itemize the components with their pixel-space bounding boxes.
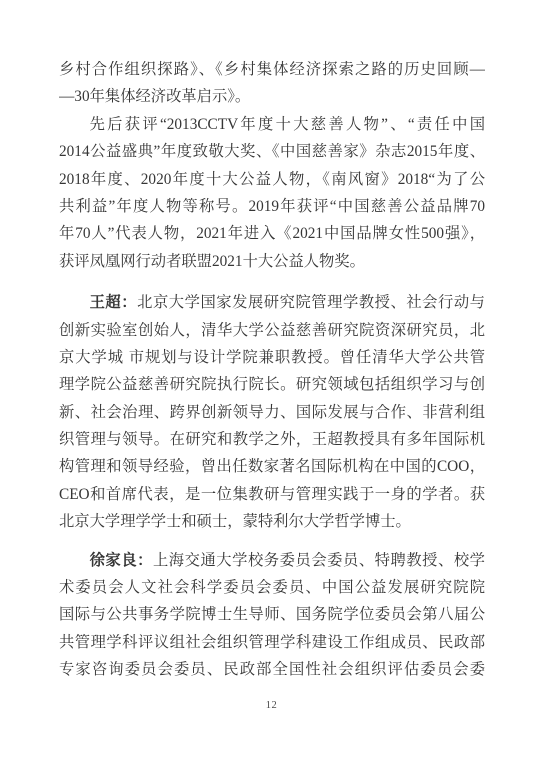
text-line: 共管理学科评议组社会组织管理学科建设工作组成员、民政部 (59, 629, 485, 656)
text-line: 2018年度、2020年度十大公益人物，《南风窗》2018“为了公 (59, 166, 485, 193)
text-line: 国际与公共事务学院博士生导师、国务院学位委员会第八届公 (59, 601, 485, 628)
text-line: 京大学城 市规划与设计学院兼职教授。曾任清华大学公共管 (59, 344, 485, 371)
text-line: 乡村合作组织探路》、《乡村集体经济探索之路的历史回顾— (59, 56, 485, 83)
person-name: 徐家良： (90, 552, 153, 569)
person-name: 王超： (90, 294, 138, 311)
text-line: 构管理和领导经验，曾出任数家著名国际机构在中国的COO， (59, 453, 485, 480)
text-line: 专家咨询委员会委员、民政部全国性社会组织评估委员会委员、 (59, 656, 485, 683)
text-line: 先后获评“2013CCTV年度十大慈善人物”、“责任中国 (59, 111, 485, 138)
document-page: 乡村合作组织探路》、《乡村集体经济探索之路的历史回顾— —30年集体经济改革启示… (0, 0, 543, 768)
paragraph: 先后获评“2013CCTV年度十大慈善人物”、“责任中国 2014公益盛典”年度… (59, 111, 485, 275)
paragraph: 乡村合作组织探路》、《乡村集体经济探索之路的历史回顾— —30年集体经济改革启示… (59, 56, 485, 111)
text-line: 新、社会治理、跨界创新领导力、国际发展与合作、非营利组 (59, 399, 485, 426)
text-run: 上海交通大学校务委员会委员、特聘教授、校学 (153, 552, 485, 569)
text-block: 乡村合作组织探路》、《乡村集体经济探索之路的历史回顾— —30年集体经济改革启示… (59, 56, 485, 684)
paragraph: 王超：北京大学国家发展研究院管理学教授、社会行动与 创新实验室创始人，清华大学公… (59, 289, 485, 536)
text-run: 北京大学国家发展研究院管理学教授、社会行动与 (137, 294, 485, 311)
text-line: 徐家良：上海交通大学校务委员会委员、特聘教授、校学 (59, 547, 485, 574)
page-number: 12 (0, 700, 543, 711)
text-line: 2014公益盛典”年度致敬大奖、《中国慈善家》杂志2015年度、 (59, 138, 485, 165)
text-line: 年70人”代表人物，2021年进入《2021中国品牌女性500强》， (59, 220, 485, 247)
text-line: 理学院公益慈善研究院执行院长。研究领域包括组织学习与创 (59, 371, 485, 398)
text-line: 创新实验室创始人，清华大学公益慈善研究院资深研究员，北 (59, 317, 485, 344)
text-line: 织管理与领导。在研究和教学之外，王超教授具有多年国际机 (59, 426, 485, 453)
text-line: CEO和首席代表，是一位集教研与管理实践于一身的学者。获 (59, 481, 485, 508)
text-line: 共利益”年度人物等称号。2019年获评“中国慈善公益品牌70 (59, 193, 485, 220)
text-line: 王超：北京大学国家发展研究院管理学教授、社会行动与 (59, 289, 485, 316)
text-line: 术委员会人文社会科学委员会委员、中国公益发展研究院院长、 (59, 574, 485, 601)
text-line: 获评凤凰网行动者联盟2021十大公益人物奖。 (59, 248, 485, 275)
paragraph: 徐家良：上海交通大学校务委员会委员、特聘教授、校学 术委员会人文社会科学委员会委… (59, 547, 485, 684)
text-line: 北京大学理学学士和硕士，蒙特利尔大学哲学博士。 (59, 508, 485, 535)
text-line: —30年集体经济改革启示》。 (59, 83, 485, 110)
